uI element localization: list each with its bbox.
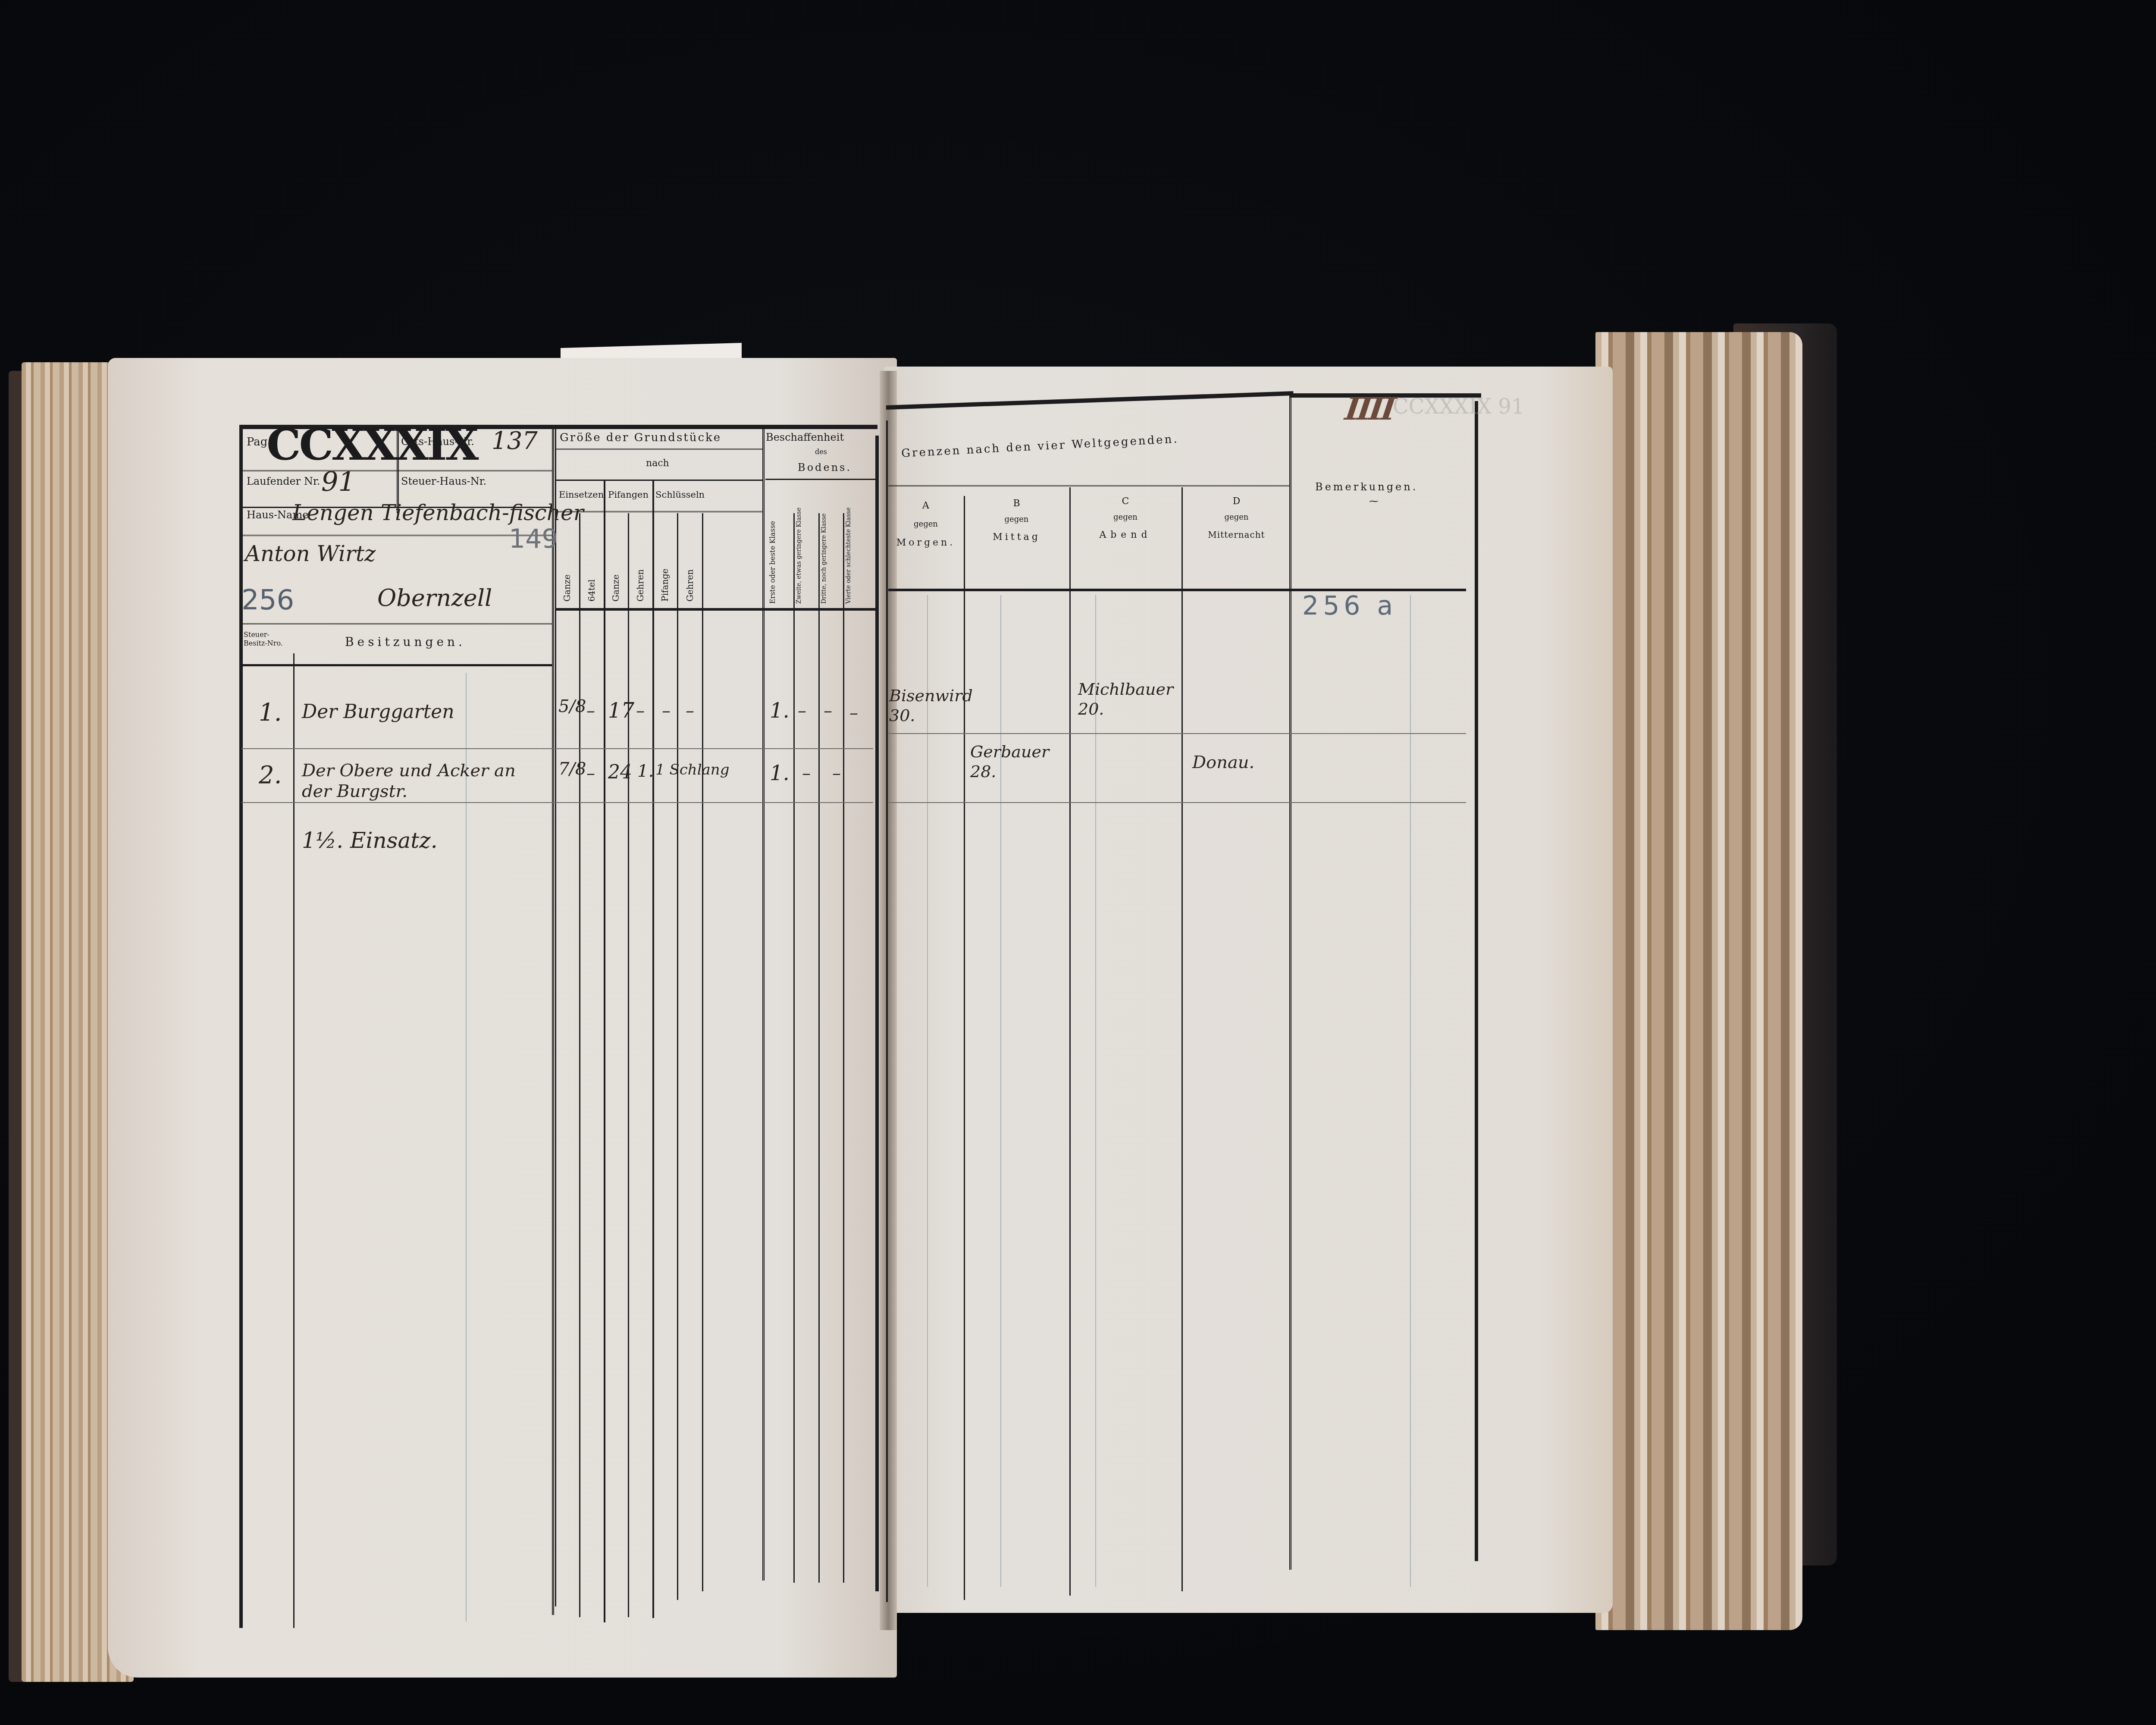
row-pifangen-gehren: –	[636, 701, 645, 721]
groesse-title: Größe der Grundstücke	[560, 431, 721, 444]
row-einsetzen-64tel: –	[586, 701, 595, 721]
klasse-2-label: Zweite, etwas geringere Klasse	[796, 492, 802, 604]
row-pifangen-ganze: 24	[608, 761, 632, 783]
direction-name: Abend	[1072, 530, 1179, 540]
row-einsetzen-64tel: –	[586, 763, 595, 783]
row-schluesseln-gehren: –	[686, 701, 694, 721]
orts-haus-nr-value: 137	[492, 427, 538, 455]
row-schluesseln-pifange: –	[662, 701, 671, 721]
direction-gegen: gegen	[1072, 513, 1179, 522]
row-klasse-2: –	[802, 763, 811, 783]
klasse-1-label: Erste oder beste Klasse	[768, 521, 777, 604]
schluesseln-gehren-label: Gehren	[685, 569, 695, 602]
summary-note: 1½. Einsatz.	[302, 828, 438, 853]
right-page	[884, 367, 1613, 1613]
row-einsetzen-ganze: 7/8	[558, 759, 586, 779]
direction-letter: C	[1072, 496, 1179, 507]
direction-letter: A	[889, 500, 962, 511]
einsetzen-64tel-label: 64tel	[586, 579, 597, 602]
direction-letter: B	[966, 498, 1067, 509]
row-schluesseln-pifange: 1 Schlang	[655, 761, 729, 778]
page-stack-right	[1595, 332, 1802, 1630]
place-number: 256	[241, 584, 294, 616]
bodens-label: Bodens.	[798, 461, 852, 474]
schluesseln-label: Schlüsseln	[655, 489, 705, 500]
row-klasse-4: –	[849, 703, 858, 723]
row-einsetzen-ganze: 5/8	[558, 696, 586, 716]
ledger-row-2: 2. Der Obere und Acker an der Burgstr. 7…	[241, 753, 875, 813]
direction-name: Mittag	[966, 532, 1067, 543]
left-page	[108, 358, 897, 1678]
row-nro: 1.	[259, 699, 282, 727]
bemerkung-value: 256 a	[1302, 591, 1397, 621]
row-klasse-1: 1.	[770, 699, 790, 723]
pencil-number: 149	[509, 524, 558, 554]
row-1-abend: Michlbauer 20.	[1078, 679, 1177, 719]
besitzungen-label: Besitzungen.	[345, 635, 466, 649]
direction-header-c: C gegen Abend	[1072, 496, 1179, 540]
pifangen-ganze-label: Ganze	[611, 574, 621, 602]
row-pifangen-gehren: 1.	[637, 761, 654, 781]
beschaffenheit-title: Beschaffenheit	[766, 431, 844, 443]
haus-name-value: Lengen Tiefenbach-fischer	[292, 500, 584, 525]
bemerkungen-title: Bemerkungen.	[1315, 481, 1418, 493]
direction-header-d: D gegen Mitternacht	[1184, 496, 1289, 540]
row-2-mittag: Gerbauer 28.	[970, 742, 1065, 781]
row-besitzung: Der Burggarten	[302, 701, 454, 723]
place-name: Obernzell	[377, 584, 492, 612]
row-klasse-3: –	[824, 701, 832, 721]
einsetzen-ganze-label: Ganze	[562, 574, 572, 602]
row-pifangen-ganze: 17	[608, 699, 634, 723]
nach-label: nach	[646, 458, 669, 469]
pifangen-gehren-label: Gehren	[635, 569, 646, 602]
klasse-3-label: Dritte, noch geringere Klasse	[821, 492, 827, 604]
book-gutter	[880, 371, 897, 1630]
ornament-flourish: ⁓	[1369, 496, 1379, 507]
steuer-haus-nr-label: Steuer-Haus-Nr.	[401, 475, 486, 487]
des-label: des	[815, 448, 827, 456]
laufender-nr-value: 91	[321, 466, 355, 497]
ledger-row-1: 1. Der Burggarten 5/8 – 17 – – – 1. – – …	[241, 686, 875, 746]
direction-name: Morgen.	[889, 537, 962, 548]
pifangen-label: Pifangen	[608, 489, 649, 500]
einsetzen-label: Einsetzen	[559, 489, 604, 500]
bleedthrough-text: CCXXXIX 91	[1393, 395, 1524, 419]
orts-haus-nr-label: Orts-Haus-Nr.	[401, 436, 474, 448]
row-besitzung: Der Obere und Acker an der Burgstr.	[302, 760, 543, 802]
row-klasse-1: 1.	[770, 761, 790, 785]
owner-name: Anton Wirtz	[245, 541, 376, 566]
direction-gegen: gegen	[966, 515, 1067, 524]
row-1-morgen: Bisenwird 30.	[889, 686, 962, 725]
row-klasse-3: –	[832, 763, 841, 783]
row-klasse-2: –	[798, 701, 806, 721]
direction-header-a: A gegen Morgen.	[889, 500, 962, 548]
laufender-nr-label: Laufender Nr.	[247, 475, 320, 487]
direction-header-b: B gegen Mittag	[966, 498, 1067, 543]
direction-gegen: gegen	[1184, 513, 1289, 522]
steuer-besitz-nro-label: Steuer-Besitz-Nro.	[244, 630, 291, 648]
direction-name: Mitternacht	[1184, 530, 1289, 540]
direction-gegen: gegen	[889, 520, 962, 529]
row-2-mitternacht: Donau.	[1192, 753, 1254, 772]
klasse-4-label: Vierte oder schlechteste Klasse	[845, 492, 852, 604]
row-nro: 2.	[259, 761, 282, 789]
direction-letter: D	[1184, 496, 1289, 507]
schluesseln-pifange-label: Pifange	[660, 568, 670, 602]
